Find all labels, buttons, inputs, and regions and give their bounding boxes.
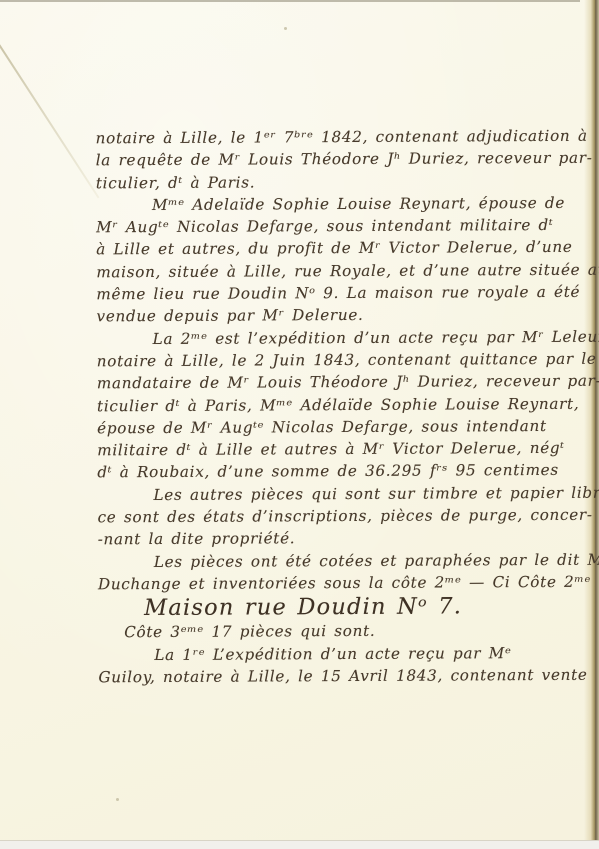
manuscript-page: notaire à Lille, le 1ᵉʳ 7ᵇʳᵉ 1842, conte… <box>0 0 599 849</box>
manuscript-line: La 2ᵐᵉ est l’expédition d’un acte reçu p… <box>97 325 593 350</box>
manuscript-line: la requête de Mʳ Louis Théodore Jʰ Durie… <box>96 147 592 172</box>
manuscript-line: épouse de Mʳ Augᵗᵉ Nicolas Defarge, sous… <box>97 415 593 440</box>
manuscript-line: militaire dᵗ à Lille et autres à Mʳ Vict… <box>97 437 593 462</box>
manuscript-line: Guiloy, notaire à Lille, le 15 Avril 184… <box>98 664 594 689</box>
manuscript-line: dᵗ à Roubaix, d’une somme de 36.295 fʳˢ … <box>97 459 593 484</box>
page-edge-bottom <box>0 840 599 849</box>
manuscript-line: Les pièces ont été cotées et paraphées p… <box>98 548 594 573</box>
manuscript-line: Mʳ Augᵗᵉ Nicolas Defarge, sous intendant… <box>96 214 592 239</box>
manuscript-line: ticulier dᵗ à Paris, Mᵐᵉ Adélaïde Sophie… <box>97 392 593 417</box>
manuscript-line: ce sont des états d’inscriptions, pièces… <box>98 504 594 529</box>
manuscript-line: notaire à Lille, le 2 Juin 1843, contena… <box>97 348 593 373</box>
manuscript-line: notaire à Lille, le 1ᵉʳ 7ᵇʳᵉ 1842, conte… <box>96 125 592 150</box>
paper-speck <box>284 27 287 30</box>
paper-speck <box>116 798 119 801</box>
manuscript-line: La 1ʳᵉ L’expédition d’un acte reçu par M… <box>98 641 594 666</box>
page-edge-top <box>0 0 580 2</box>
manuscript-line: vendue depuis par Mʳ Delerue. <box>96 303 592 328</box>
manuscript-line: ticulier, dᵗ à Paris. <box>96 169 592 194</box>
manuscript-line: à Lille et autres, du profit de Mʳ Victo… <box>96 236 592 261</box>
manuscript-line: maison, située à Lille, rue Royale, et d… <box>96 258 592 283</box>
manuscript-line: mandataire de Mʳ Louis Théodore Jʰ Durie… <box>97 370 593 395</box>
manuscript-line: -nant la dite propriété. <box>98 526 594 551</box>
manuscript-line: Côte 3ᵉᵐᵉ 17 pièces qui sont. <box>98 619 594 644</box>
manuscript-line: Duchange et inventoriées sous la côte 2ᵐ… <box>98 571 594 596</box>
manuscript-line: Les autres pièces qui sont sur timbre et… <box>97 481 593 506</box>
paper-crease <box>0 38 99 198</box>
manuscript-line: même lieu rue Doudin Nᵒ 9. La maison rue… <box>96 281 592 306</box>
manuscript-line: Mᵐᵉ Adelaïde Sophie Louise Reynart, épou… <box>96 192 592 217</box>
section-heading: Maison rue Doudin Nᵒ 7. <box>98 593 594 622</box>
manuscript-text: notaire à Lille, le 1ᵉʳ 7ᵇʳᵉ 1842, conte… <box>96 125 595 689</box>
